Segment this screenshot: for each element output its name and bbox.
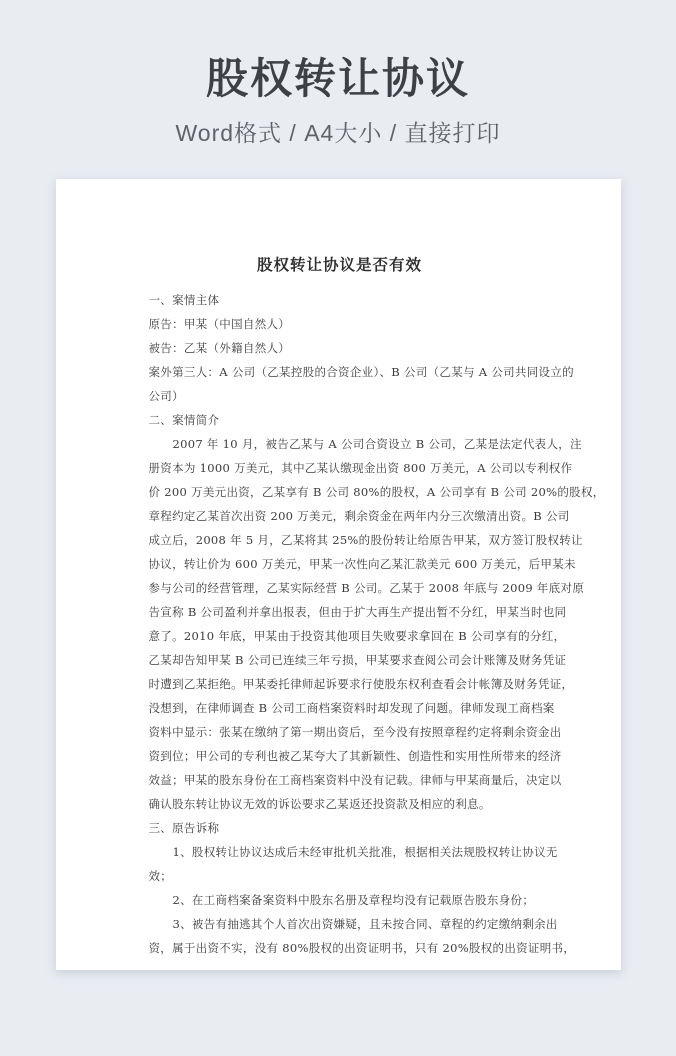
page-title: 股权转让协议 xyxy=(0,56,676,102)
document-line: 1、股权转让协议达成后未经审批机关批准，根据相关法规股权转让协议无 xyxy=(149,840,531,864)
document-line: 章程约定乙某首次出资 200 万美元，剩余资金在两年内分三次缴清出资。B 公司 xyxy=(149,504,531,528)
document-section-heading: 一、案情主体 xyxy=(149,288,531,312)
document-line: 资料中显示：张某在缴纳了第一期出资后，至今没有按照章程约定将剩余资金出 xyxy=(149,720,531,744)
document-line: 确认股东转让协议无效的诉讼要求乙某返还投资款及相应的利息。 xyxy=(149,792,531,816)
document-line: 协议，转让价为 600 万美元，甲某一次性向乙某汇款美元 600 万美元，后甲某… xyxy=(149,552,531,576)
document-line: 3、被告有抽逃其个人首次出资嫌疑，且未按合同、章程的约定缴纳剩余出 xyxy=(149,912,531,936)
page-subtitle: Word格式 / A4大小 / 直接打印 xyxy=(0,115,676,148)
document-line: 2、在工商档案备案资料中股东名册及章程均没有记载原告股东身份； xyxy=(149,888,531,912)
document-section-heading: 三、原告诉称 xyxy=(149,816,531,840)
page-header: 股权转让协议 Word格式 / A4大小 / 直接打印 xyxy=(0,0,676,148)
document-line: 意了。2010 年底，甲某由于投资其他项目失败要求拿回在 B 公司享有的分红， xyxy=(149,624,531,648)
document-line: 没想到，在律师调查 B 公司工商档案资料时却发现了问题。律师发现工商档案 xyxy=(149,696,531,720)
document-line: 公司） xyxy=(149,384,531,408)
document-line: 原告：甲某（中国自然人） xyxy=(149,312,531,336)
document-line: 资，属于出资不实，没有 80%股权的出资证明书，只有 20%股权的出资证明书， xyxy=(149,936,531,960)
document-line: 参与公司的经营管理，乙某实际经营 B 公司。乙某于 2008 年底与 2009 … xyxy=(149,576,531,600)
document-line: 时遭到乙某拒绝。甲某委托律师起诉要求行使股东权利查看会计帐簿及财务凭证， xyxy=(149,672,531,696)
document-preview-page: 股权转让协议是否有效 一、案情主体原告：甲某（中国自然人）被告：乙某（外籍自然人… xyxy=(56,179,621,970)
document-title: 股权转让协议是否有效 xyxy=(149,253,531,275)
document-line: 成立后，2008 年 5 月，乙某将其 25%的股份转让给原告甲某，双方签订股权… xyxy=(149,528,531,552)
document-line: 资到位；甲公司的专利也被乙某夸大了其新颖性、创造性和实用性所带来的经济 xyxy=(149,744,531,768)
document-line: 价 200 万美元出资，乙某享有 B 公司 80%的股权，A 公司享有 B 公司… xyxy=(149,480,531,504)
document-line: 效； xyxy=(149,864,531,888)
document-line: 乙某却告知甲某 B 公司已连续三年亏损，甲某要求查阅公司会计账簿及财务凭证 xyxy=(149,648,531,672)
document-line: 效益；甲某的股东身份在工商档案资料中没有记载。律师与甲某商量后，决定以 xyxy=(149,768,531,792)
document-line: 告宣称 B 公司盈利并拿出报表，但由于扩大再生产提出暂不分红，甲某当时也同 xyxy=(149,600,531,624)
document-line: 被告：乙某（外籍自然人） xyxy=(149,336,531,360)
document-line: 2007 年 10 月，被告乙某与 A 公司合资设立 B 公司，乙某是法定代表人… xyxy=(149,432,531,456)
document-line: 册资本为 1000 万美元，其中乙某认缴现金出资 800 万美元，A 公司以专利… xyxy=(149,456,531,480)
document-line: 案外第三人：A 公司（乙某控股的合资企业）、B 公司（乙某与 A 公司共同设立的 xyxy=(149,360,531,384)
document-section-heading: 二、案情简介 xyxy=(149,408,531,432)
document-body: 一、案情主体原告：甲某（中国自然人）被告：乙某（外籍自然人）案外第三人：A 公司… xyxy=(149,288,531,960)
document-content: 股权转让协议是否有效 一、案情主体原告：甲某（中国自然人）被告：乙某（外籍自然人… xyxy=(149,253,531,960)
